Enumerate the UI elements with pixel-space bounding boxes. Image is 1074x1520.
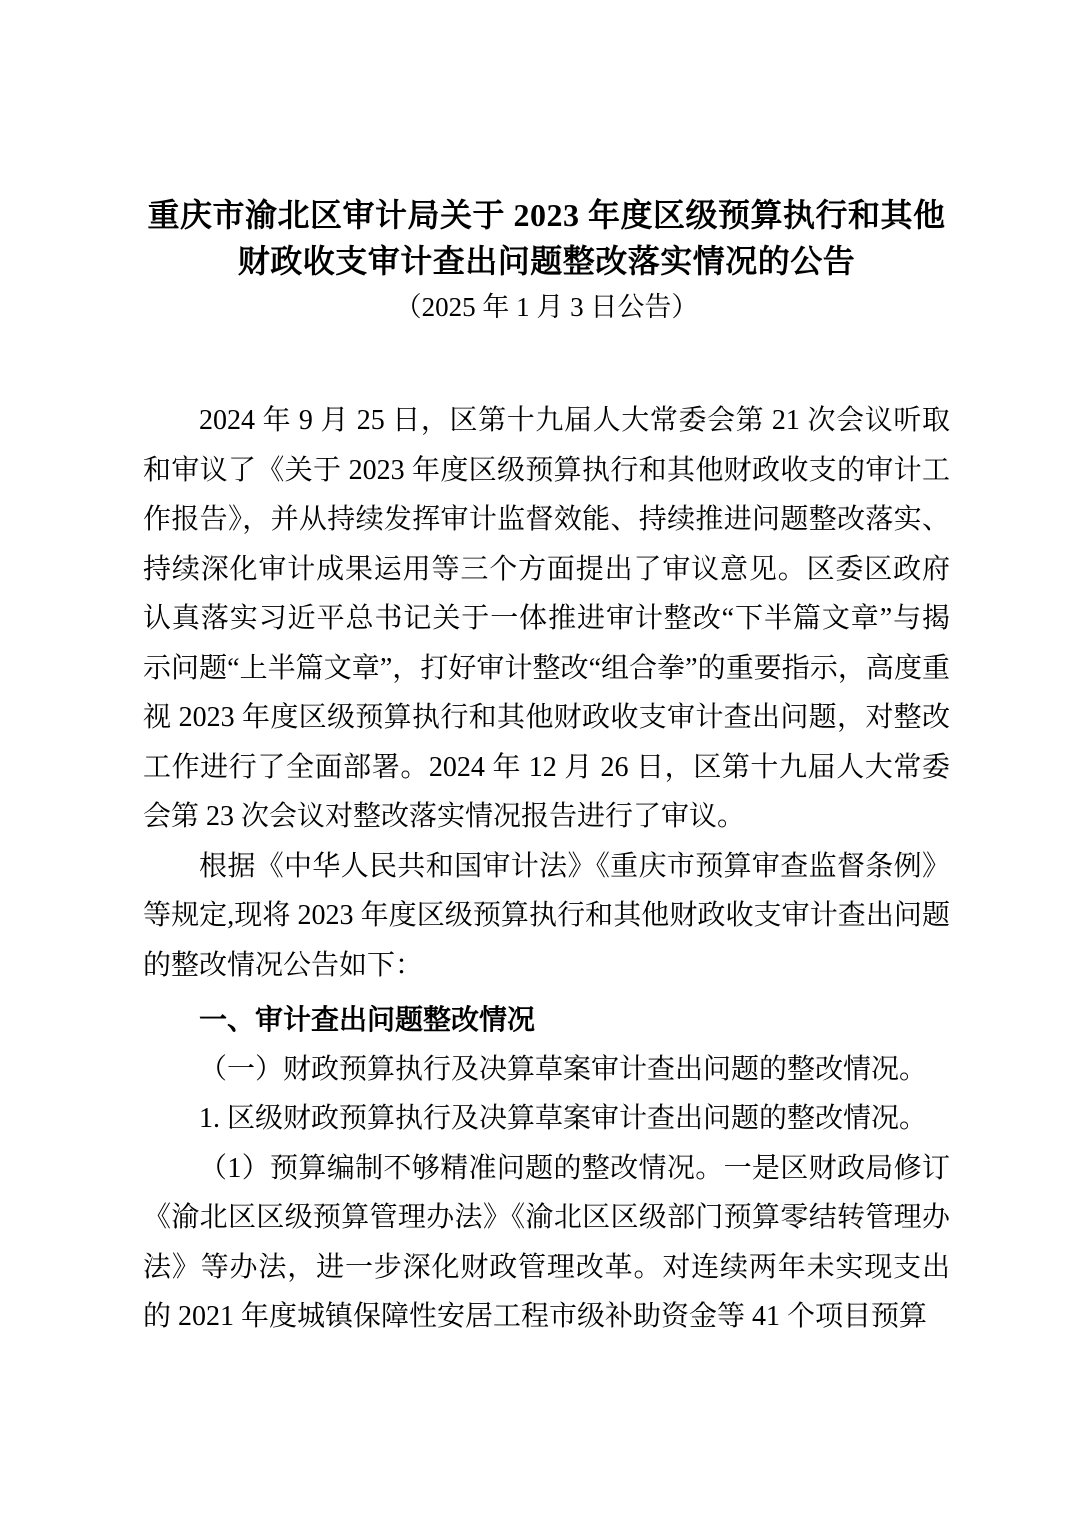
- paragraph-item-1-detail: （1）预算编制不够精准问题的整改情况。一是区财政局修订《渝北区区级预算管理办法》…: [143, 1144, 950, 1342]
- section-heading-1: 一、审计查出问题整改情况: [143, 995, 950, 1045]
- announcement-date-note: （2025 年 1 月 3 日公告）: [143, 284, 950, 330]
- paragraph-intro: 2024 年 9 月 25 日，区第十九届人大常委会第 21 次会议听取和审议了…: [143, 396, 950, 842]
- item-heading-1: 1. 区级财政预算执行及决算草案审计查出问题的整改情况。: [143, 1094, 950, 1144]
- document-page: 重庆市渝北区审计局关于 2023 年度区级预算执行和其他 财政收支审计查出问题整…: [0, 0, 1074, 1520]
- document-title: 重庆市渝北区审计局关于 2023 年度区级预算执行和其他 财政收支审计查出问题整…: [143, 0, 950, 284]
- title-line-2: 财政收支审计查出问题整改落实情况的公告: [143, 238, 950, 284]
- subsection-heading-1-1: （一）财政预算执行及决算草案审计查出问题的整改情况。: [143, 1045, 950, 1095]
- document-body: 2024 年 9 月 25 日，区第十九届人大常委会第 21 次会议听取和审议了…: [143, 396, 950, 1342]
- title-line-1: 重庆市渝北区审计局关于 2023 年度区级预算执行和其他: [143, 192, 950, 238]
- document-content: 重庆市渝北区审计局关于 2023 年度区级预算执行和其他 财政收支审计查出问题整…: [143, 0, 950, 1342]
- paragraph-legal-basis: 根据《中华人民共和国审计法》《重庆市预算审查监督条例》等规定,现将 2023 年…: [143, 842, 950, 991]
